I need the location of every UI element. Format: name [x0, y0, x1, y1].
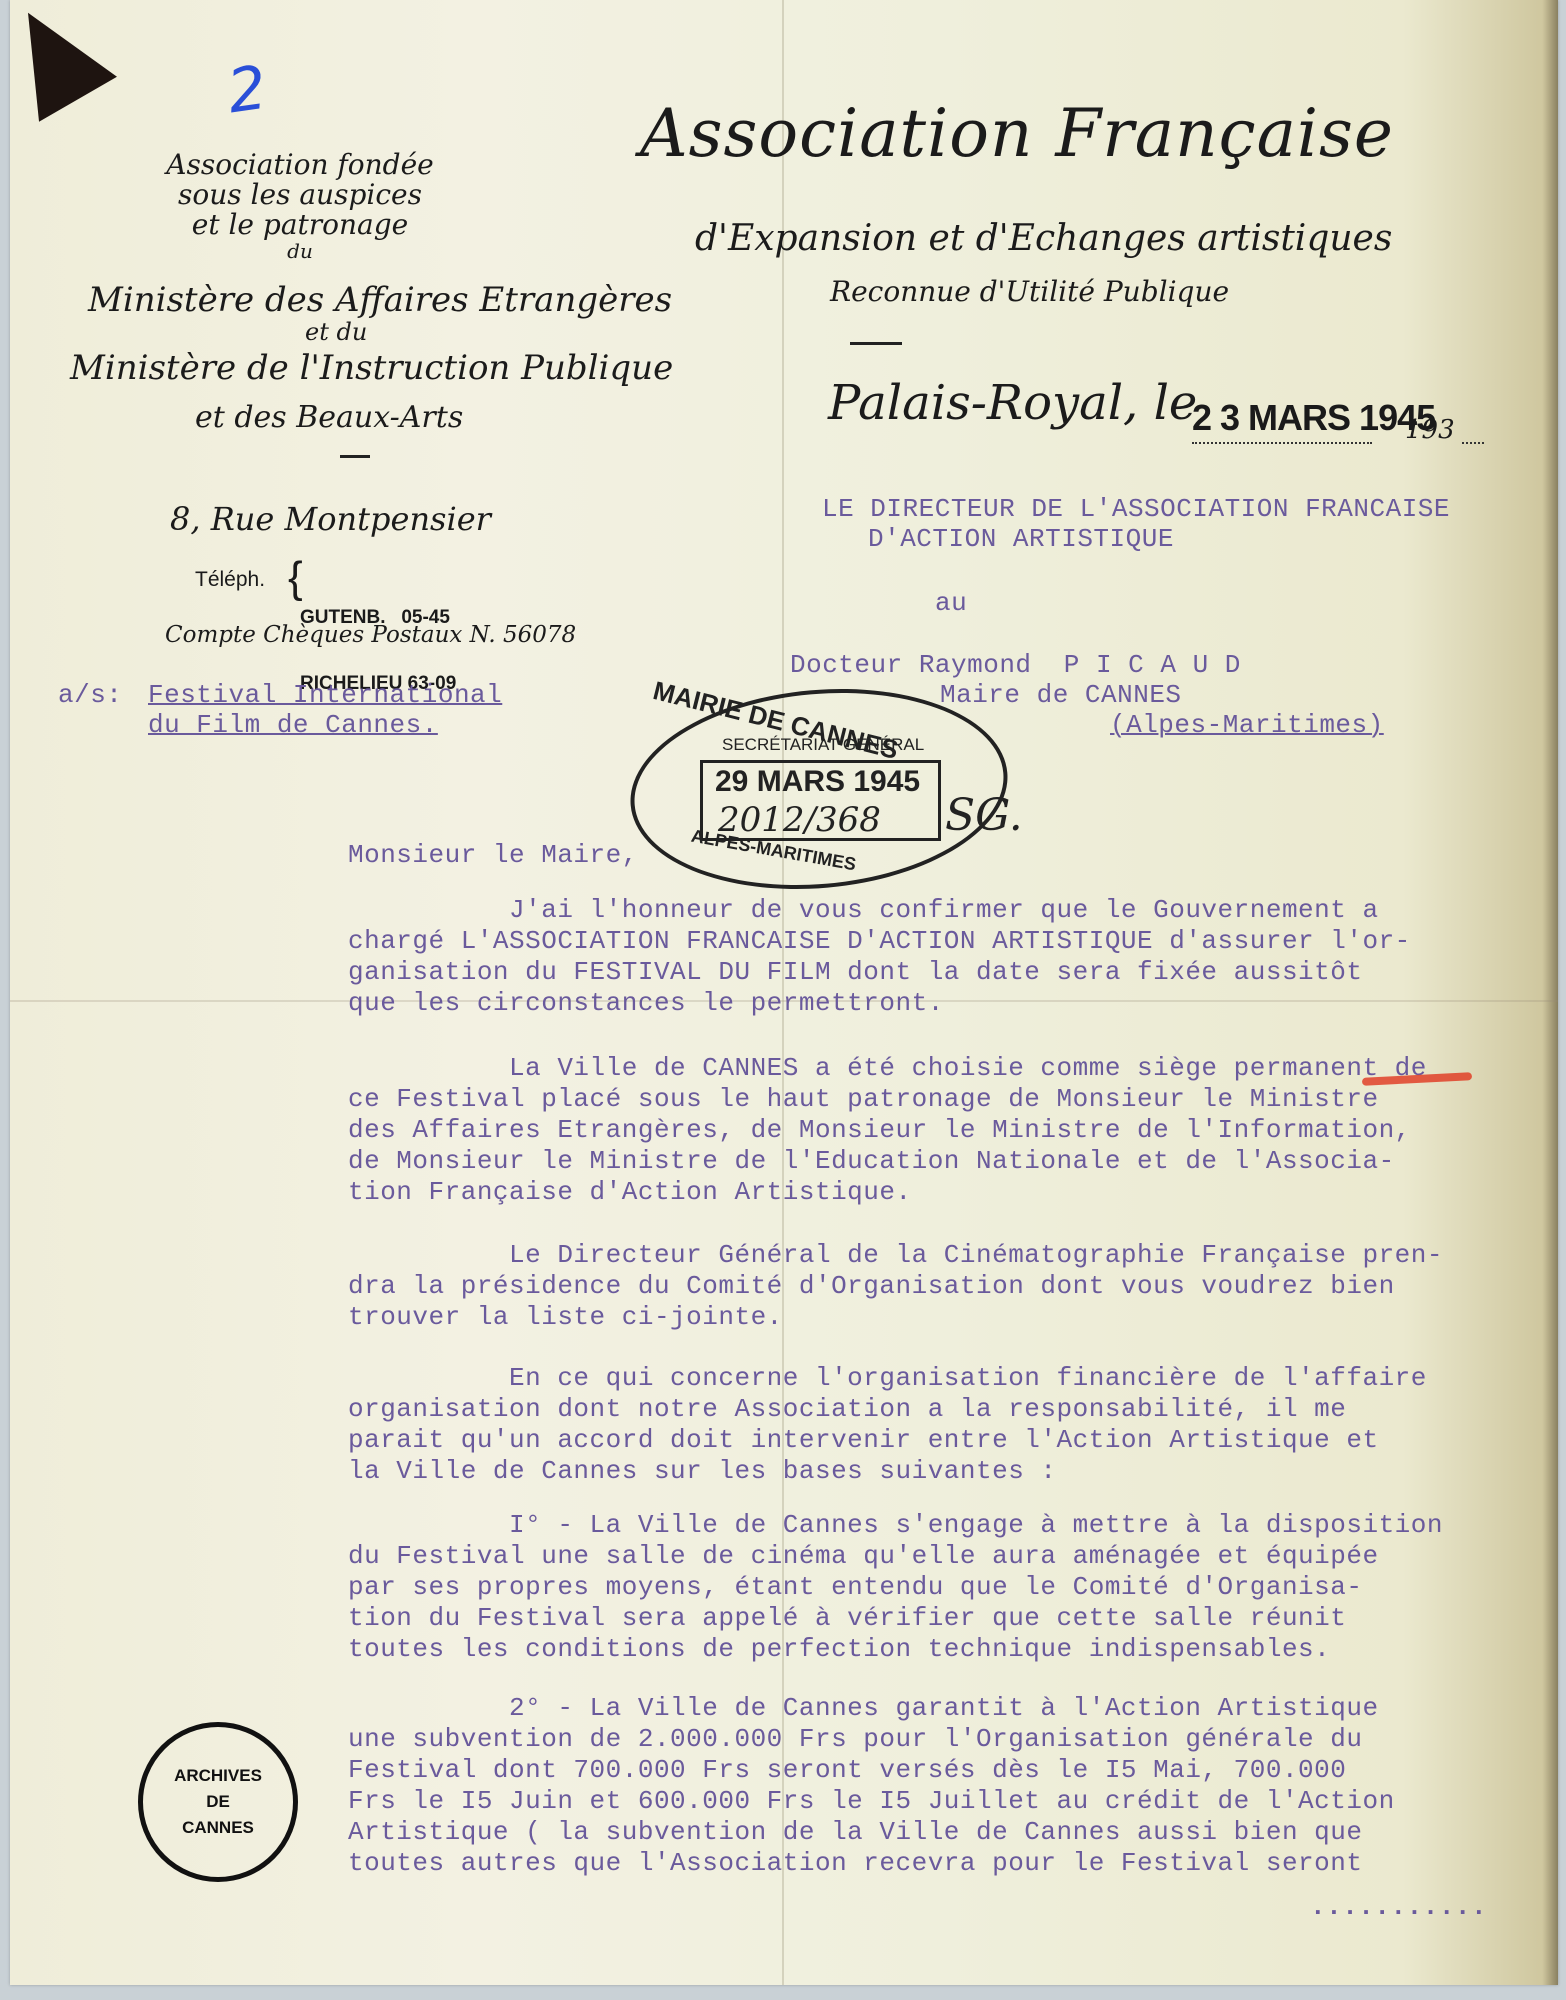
body-line: J'ai l'honneur de vous confirmer que le …: [348, 895, 1379, 925]
place-label: Palais-Royal, le: [828, 375, 1197, 431]
stamp-date: 29 MARS 1945: [715, 765, 920, 799]
body-line: de Monsieur le Ministre de l'Education N…: [348, 1146, 1395, 1176]
archive-stamp-line: DE: [206, 1789, 230, 1815]
recipient-region: (Alpes-Maritimes): [1110, 710, 1384, 740]
body-line: tion du Festival sera appelé à vérifier …: [348, 1603, 1346, 1633]
ministry-public-instruction: Ministère de l'Instruction Publique: [70, 348, 673, 388]
body-line: du Festival une salle de cinéma qu'elle …: [348, 1541, 1379, 1571]
body-line: la Ville de Cannes sur les bases suivant…: [348, 1456, 1057, 1486]
body-line: des Affaires Etrangères, de Monsieur le …: [348, 1115, 1411, 1145]
stamp-initials: SG.: [945, 790, 1023, 841]
patronage-line: sous les auspices: [120, 180, 480, 210]
body-line: que les circonstances le permettront.: [348, 988, 944, 1018]
postal-account: Compte Chèques Postaux N. 56078: [165, 622, 576, 648]
letterhead-patronage: Association fondée sous les auspices et …: [120, 150, 480, 262]
date-dotted-line: [1192, 442, 1372, 444]
body-line: toutes les conditions de perfection tech…: [348, 1634, 1330, 1664]
sender-line: LE DIRECTEUR DE L'ASSOCIATION FRANCAISE: [822, 494, 1450, 524]
body-line: Le Directeur Général de la Cinématograph…: [348, 1240, 1443, 1270]
body-line: ganisation du FESTIVAL DU FILM dont la d…: [348, 957, 1362, 987]
body-line: I° - La Ville de Cannes s'engage à mettr…: [348, 1510, 1443, 1540]
sender-line: D'ACTION ARTISTIQUE: [868, 524, 1174, 554]
body-line: trouver la liste ci-jointe.: [348, 1302, 783, 1332]
archive-stamp-line: CANNES: [182, 1815, 254, 1841]
sender-to: au: [935, 588, 967, 618]
body-line: Artistique ( la subvention de la Ville d…: [348, 1817, 1362, 1847]
body-line: La Ville de CANNES a été choisie comme s…: [348, 1053, 1427, 1083]
archive-stamp: ARCHIVES DE CANNES: [138, 1722, 298, 1882]
body-line: En ce qui concerne l'organisation financ…: [348, 1363, 1427, 1393]
stamped-date: 2 3 MARS 1945: [1192, 397, 1435, 439]
body-line: tion Française d'Action Artistique.: [348, 1177, 912, 1207]
subject-line: du Film de Cannes.: [148, 710, 438, 740]
recipient-name: Docteur Raymond P I C A U D: [790, 650, 1241, 680]
recognition: Reconnue d'Utilité Publique: [830, 275, 1229, 308]
body-line: parait qu'un accord doit intervenir entr…: [348, 1425, 1379, 1455]
salutation: Monsieur le Maire,: [348, 840, 638, 870]
body-line: ce Festival placé sous le haut patronage…: [348, 1084, 1379, 1114]
body-line: dra la présidence du Comité d'Organisati…: [348, 1271, 1395, 1301]
body-line: 2° - La Ville de Cannes garantit à l'Act…: [348, 1693, 1379, 1723]
year-suffix: 193: [1405, 415, 1455, 445]
patronage-line: et du: [305, 318, 367, 346]
divider: [850, 342, 902, 345]
ministry-foreign-affairs: Ministère des Affaires Etrangères: [88, 280, 672, 320]
body-line: Festival dont 700.000 Frs seront versés …: [348, 1755, 1346, 1785]
archive-stamp-line: ARCHIVES: [174, 1763, 262, 1789]
ministry-fine-arts: et des Beaux-Arts: [195, 400, 463, 435]
divider: [340, 455, 370, 458]
organization-subtitle: d'Expansion et d'Echanges artistiques: [695, 218, 1392, 259]
body-line: une subvention de 2.000.000 Frs pour l'O…: [348, 1724, 1362, 1754]
patronage-line: Association fondée: [120, 150, 480, 180]
body-line: par ses propres moyens, étant entendu qu…: [348, 1572, 1362, 1602]
body-line: toutes autres que l'Association recevra …: [348, 1848, 1362, 1878]
patronage-line: et le patronage: [120, 210, 480, 240]
organization-title: Association Française: [640, 95, 1394, 172]
patronage-line: du: [120, 240, 480, 262]
phone-label: Téléph.: [195, 568, 265, 592]
body-line: Frs le I5 Juin et 600.000 Frs le I5 Juil…: [348, 1786, 1395, 1816]
body-line: chargé L'ASSOCIATION FRANCAISE D'ACTION …: [348, 926, 1411, 956]
date-dotted-line: [1462, 442, 1484, 444]
stamp-office: SECRÉTARIAT GÉNÉRAL: [722, 735, 924, 755]
recipient-title: Maire de CANNES: [940, 680, 1182, 710]
address: 8, Rue Montpensier: [170, 500, 491, 538]
body-line: organisation dont notre Association a la…: [348, 1394, 1346, 1424]
subject-line: Festival International: [148, 680, 502, 710]
continuation-dots: ...........: [1310, 1892, 1487, 1922]
subject-label: a/s:: [58, 680, 122, 710]
